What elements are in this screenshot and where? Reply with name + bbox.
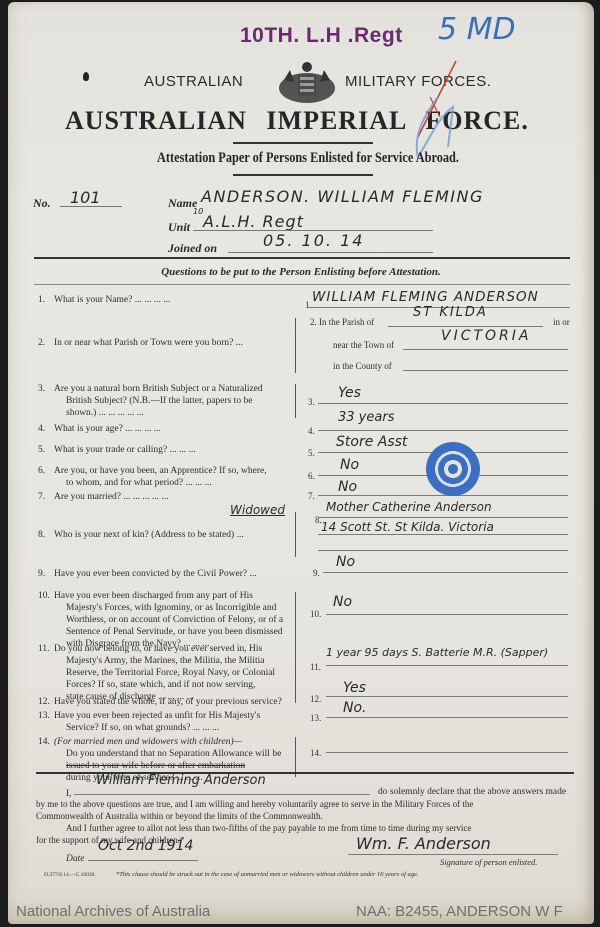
received-stamp bbox=[426, 442, 480, 496]
town-label: near the Town of bbox=[333, 340, 394, 350]
question-13: 13.Have you ever been rejected as unfit … bbox=[38, 710, 260, 734]
answer-10: No bbox=[333, 594, 352, 610]
joined-value: 05. 10. 14 bbox=[263, 231, 364, 250]
section-divider bbox=[34, 257, 570, 259]
answer-2-parish: ST KILDA bbox=[413, 305, 488, 320]
answer-11: 1 year 95 days S. Batterie M.R. (Sapper) bbox=[326, 646, 548, 659]
parish-label: 2. In the Parish of bbox=[310, 317, 374, 327]
brace-q14 bbox=[295, 737, 296, 777]
brace-q10 bbox=[295, 592, 296, 652]
answer-line-11 bbox=[326, 665, 568, 666]
date-line bbox=[88, 860, 198, 861]
answer-8-line-2: 14 Scott St. St Kilda. Victoria bbox=[321, 520, 494, 534]
town-line bbox=[403, 349, 568, 350]
joined-label: Joined on bbox=[168, 241, 217, 256]
punch-hole-mark bbox=[83, 72, 89, 81]
widowed-note: Widowed bbox=[230, 503, 285, 517]
subtitle-underline bbox=[233, 174, 373, 176]
declaration-signature-name: William Fleming Anderson bbox=[96, 773, 266, 788]
answer-number-6: 6. bbox=[308, 471, 315, 481]
answer-number-4: 4. bbox=[308, 426, 315, 436]
answer-line-8b bbox=[318, 534, 568, 535]
top-annotation: 5 MD bbox=[438, 12, 516, 47]
answer-line-10 bbox=[326, 614, 568, 615]
questions-heading: Questions to be put to the Person Enlist… bbox=[8, 266, 594, 278]
answer-line-8a bbox=[318, 517, 568, 518]
question-4: 4.What is your age? ... ... ... ... bbox=[38, 423, 161, 435]
no-value: 101 bbox=[70, 188, 101, 207]
question-2: 2.In or near what Parish or Town were yo… bbox=[38, 337, 243, 349]
name-value: ANDERSON. WILLIAM FLEMING bbox=[201, 187, 484, 206]
unit-prefix: 10 bbox=[193, 207, 203, 216]
question-9: 9.Have you ever been convicted by the Ci… bbox=[38, 568, 257, 580]
footnote-text: *This clause should be struck out in the… bbox=[116, 868, 419, 881]
county-line bbox=[403, 370, 568, 371]
header-australian: AUSTRALIAN bbox=[144, 73, 243, 90]
signature-line bbox=[348, 854, 558, 855]
answer-number-7: 7. bbox=[308, 491, 315, 501]
answer-8-line-1: Mother Catherine Anderson bbox=[326, 500, 492, 514]
date-value: Oct 2nd 1914 bbox=[98, 838, 193, 854]
in-or-label: in or bbox=[553, 317, 570, 327]
answer-line-13 bbox=[326, 717, 568, 718]
signature-caption: Signature of person enlisted. bbox=[440, 856, 537, 869]
brace-q11 bbox=[295, 645, 296, 703]
answer-line-9 bbox=[323, 572, 568, 573]
answer-number-9: 9. bbox=[313, 568, 320, 578]
question-8: 8.Who is your next of kin? (Address to b… bbox=[38, 529, 244, 541]
parish-line bbox=[388, 326, 543, 327]
print-code: D.377/8.14.—C.10030. bbox=[44, 869, 96, 882]
answer-5: Store Asst bbox=[336, 434, 407, 450]
no-label: No. bbox=[33, 196, 51, 211]
attestation-paper: 10TH. L.H .Regt 5 MD AUSTRALIAN MILITARY… bbox=[8, 2, 594, 924]
answer-4: 33 years bbox=[338, 410, 394, 425]
brace-q8 bbox=[295, 512, 296, 557]
answer-9: No bbox=[336, 554, 355, 570]
unit-value: A.L.H. Regt bbox=[203, 212, 304, 231]
title-underline bbox=[233, 142, 373, 144]
answer-line-3 bbox=[318, 403, 568, 404]
watermark-archive-name: National Archives of Australia bbox=[16, 903, 210, 920]
answer-6: No bbox=[340, 457, 359, 473]
unit-label: Unit bbox=[168, 220, 190, 235]
answer-2-town: VICTORIA bbox=[441, 328, 532, 344]
answer-number-1: 1. bbox=[305, 300, 312, 310]
question-7: 7.Are you married? ... ... ... ... ... bbox=[38, 491, 169, 503]
question-5: 5.What is your trade or calling? ... ...… bbox=[38, 444, 196, 456]
question-6: 6.Are you, or have you been, an Apprenti… bbox=[38, 465, 267, 489]
joined-line bbox=[228, 252, 433, 253]
answer-line-14 bbox=[326, 752, 568, 753]
answer-7: No bbox=[338, 479, 357, 495]
brace-q2 bbox=[295, 318, 296, 373]
answer-12: Yes bbox=[343, 680, 366, 696]
coat-of-arms-icon bbox=[276, 60, 338, 106]
watermark-item-reference: NAA: B2455, ANDERSON W F bbox=[356, 903, 563, 920]
unit-stamp: 10TH. L.H .Regt bbox=[240, 24, 403, 48]
answer-13: No. bbox=[343, 700, 367, 716]
answer-number-14: 14. bbox=[310, 748, 321, 758]
declaration-name-line bbox=[74, 794, 370, 795]
subtitle: Attestation Paper of Persons Enlisted fo… bbox=[53, 150, 563, 167]
heading-divider bbox=[34, 284, 570, 285]
answer-line-12 bbox=[326, 696, 568, 697]
question-11: 11.Do you now belong to, or have you eve… bbox=[38, 643, 275, 703]
brace-q3 bbox=[295, 384, 296, 418]
question-3: 3.Are you a natural born British Subject… bbox=[38, 383, 263, 419]
answer-number-13: 13. bbox=[310, 713, 321, 723]
date-label: Date bbox=[66, 853, 84, 866]
answer-number-5: 5. bbox=[308, 448, 315, 458]
question-1: 1.What is your Name? ... ... ... ... bbox=[38, 294, 170, 306]
enlistee-signature: Wm. F. Anderson bbox=[356, 834, 491, 853]
answer-line-7 bbox=[318, 495, 568, 496]
answer-number-10: 10. bbox=[310, 609, 321, 619]
answer-number-3: 3. bbox=[308, 397, 315, 407]
question-10: 10.Have you ever been discharged from an… bbox=[38, 590, 283, 650]
answer-1-name: WILLIAM FLEMING ANDERSON bbox=[312, 289, 539, 305]
answer-line-4 bbox=[318, 430, 568, 431]
question-12: 12.Have you stated the whole, if any, of… bbox=[38, 696, 282, 708]
answer-line-8c bbox=[318, 550, 568, 551]
answer-3: Yes bbox=[338, 385, 361, 401]
answer-number-11: 11. bbox=[310, 662, 321, 672]
answer-number-12: 12. bbox=[310, 694, 321, 704]
county-label: in the County of bbox=[333, 361, 392, 371]
